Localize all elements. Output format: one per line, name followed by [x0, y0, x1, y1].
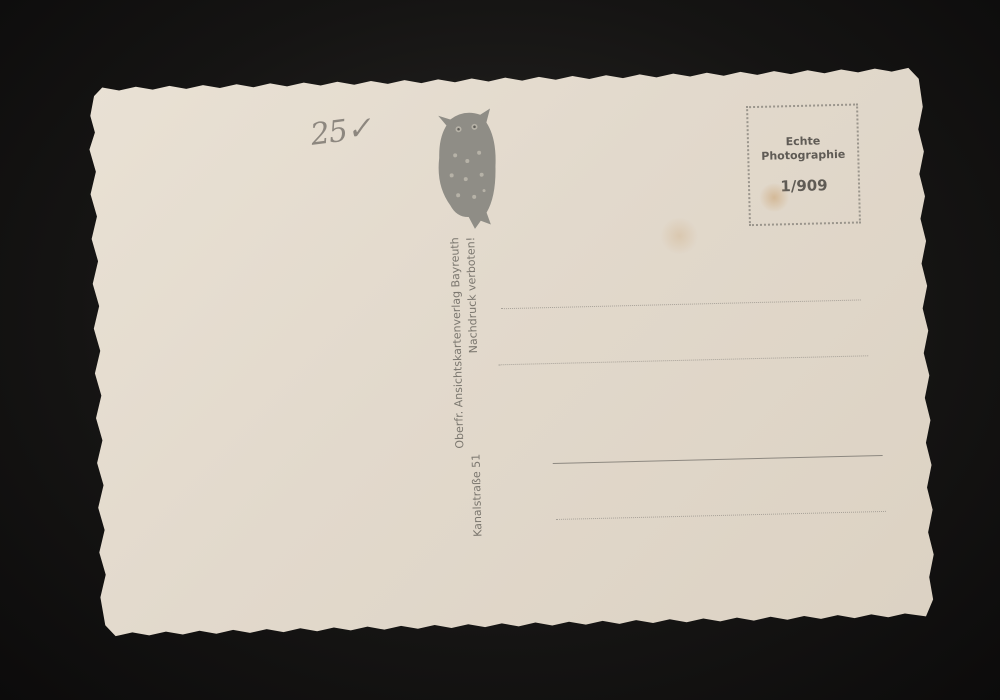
address-line-2 [498, 355, 868, 365]
postcard-back: 25✓ Oberfr. Ansichtskartenverlag Bayreut… [85, 62, 938, 642]
stain [659, 217, 700, 254]
pencil-price-note: 25✓ [309, 110, 373, 152]
address-line-1 [501, 299, 861, 309]
address-line-3 [553, 455, 883, 464]
publisher-imprint: Oberfr. Ansichtskartenverlag Bayreuth Ka… [447, 236, 498, 537]
owl-icon [424, 104, 507, 236]
imprint-address: Kanalstraße 51 [468, 454, 486, 537]
imprint-copyright: Nachdruck verboten! [463, 237, 482, 354]
address-line-4 [556, 511, 886, 520]
stamp-title-line2: Photographie [749, 148, 857, 165]
